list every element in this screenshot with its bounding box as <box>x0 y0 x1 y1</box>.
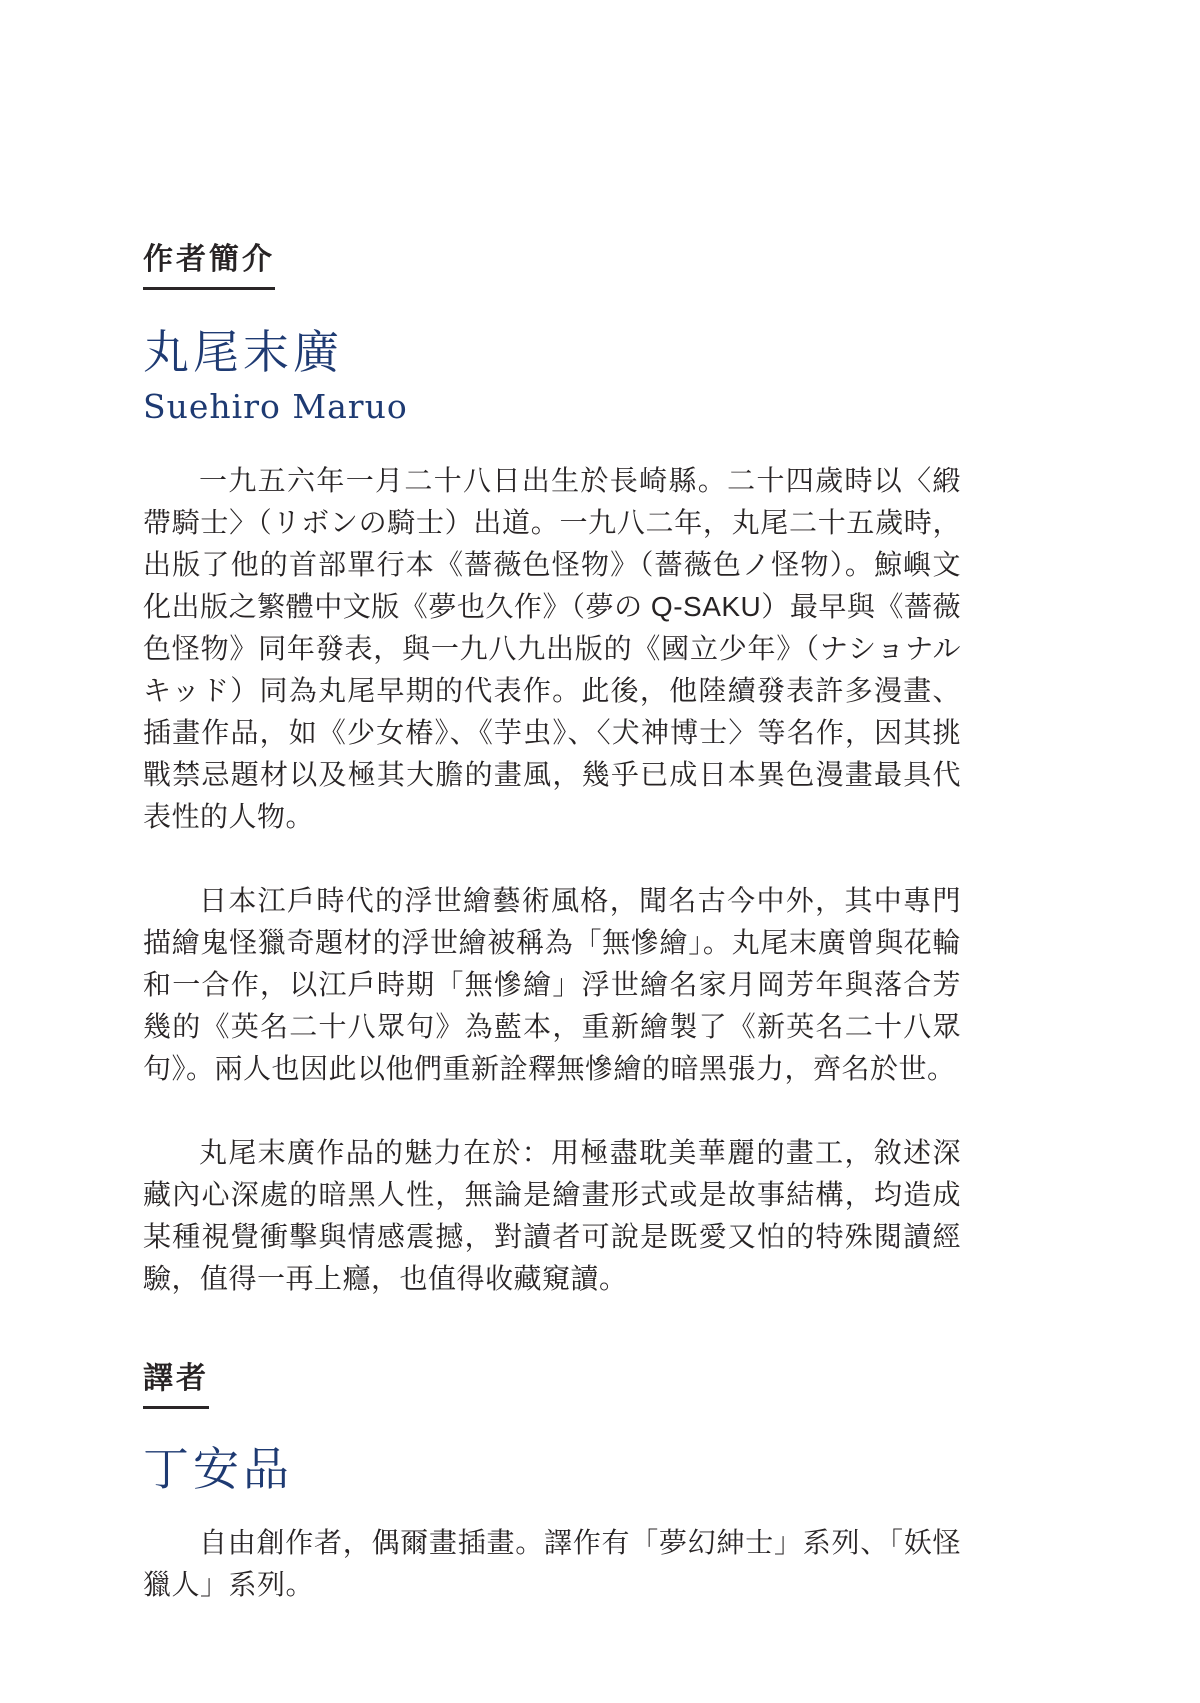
page-content: 作者簡介 丸尾末廣 Suehiro Maruo 一九五六年一月二十八日出生於長崎… <box>143 0 961 1606</box>
translator-section: 譯者 丁安品 自由創作者，偶爾畫插畫。譯作有「夢幻紳士」系列、「妖怪獵人」系列。 <box>143 1300 961 1606</box>
book-page: 作者簡介 丸尾末廣 Suehiro Maruo 一九五六年一月二十八日出生於長崎… <box>0 0 1200 1703</box>
author-bio-paragraph-2: 日本江戶時代的浮世繪藝術風格，聞名古今中外，其中專門描繪鬼怪獵奇題材的浮世繪被稱… <box>143 880 961 1090</box>
author-name-romanized: Suehiro Maruo <box>143 387 961 427</box>
author-section: 作者簡介 丸尾末廣 Suehiro Maruo 一九五六年一月二十八日出生於長崎… <box>143 0 961 1300</box>
translator-bio-paragraph-1: 自由創作者，偶爾畫插畫。譯作有「夢幻紳士」系列、「妖怪獵人」系列。 <box>143 1522 961 1606</box>
author-bio-paragraph-1: 一九五六年一月二十八日出生於長崎縣。二十四歲時以〈緞帶騎士〉（リボンの騎士）出道… <box>143 460 961 838</box>
translator-section-heading: 譯者 <box>143 1362 209 1409</box>
author-section-heading: 作者簡介 <box>143 243 275 290</box>
translator-name-chinese: 丁安品 <box>143 1443 961 1496</box>
author-bio-paragraph-3: 丸尾末廣作品的魅力在於：用極盡耽美華麗的畫工，敘述深藏內心深處的暗黑人性，無論是… <box>143 1132 961 1300</box>
author-name-chinese: 丸尾末廣 <box>143 326 961 379</box>
